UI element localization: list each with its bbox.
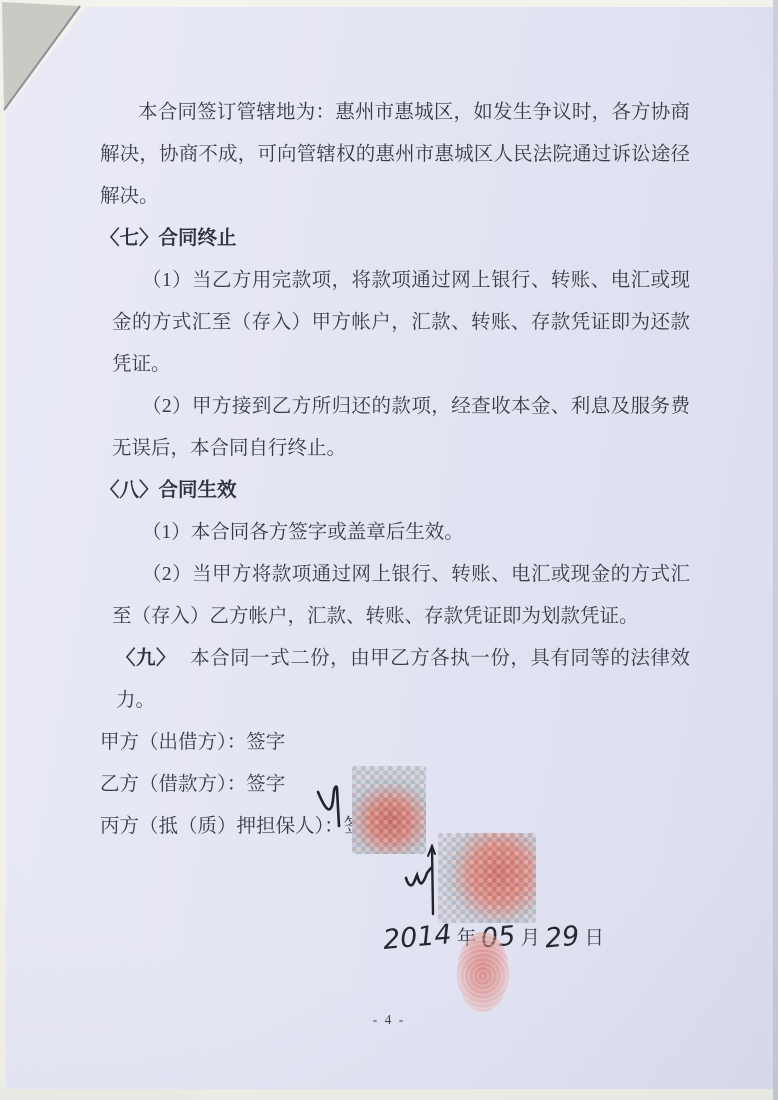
folded-corner <box>0 0 92 120</box>
year-unit-label: 年 <box>457 922 477 953</box>
section-8-heading: 〈八〉合同生效 <box>100 470 690 512</box>
contract-body: 本合同签订管辖地为：惠州市惠城区，如发生争议时，各方协商解决，协商不成，可向管辖… <box>100 92 690 848</box>
party-a-signature-line: 甲方（出借方）：签字 <box>100 722 690 764</box>
clause-9: 〈九〉本合同一式二份，由甲乙方各执一份，具有同等的法律效力。 <box>116 638 690 722</box>
scan-edge-right <box>773 0 778 1100</box>
party-c-signature-line: 丙方（抵（质）押担保人）：签字 <box>100 806 690 848</box>
section-7-heading: 〈七〉合同终止 <box>100 218 690 260</box>
handwritten-year: 2014 <box>382 920 453 956</box>
scan-edge-top <box>0 0 778 7</box>
scan-edge-bottom <box>0 1089 778 1100</box>
page-number: - 4 - <box>0 1012 778 1028</box>
party-b-signature-line: 乙方（借款方）：签字 <box>100 764 690 806</box>
section-8-item-1: （1）本合同各方签字或盖章后生效。 <box>112 512 690 554</box>
section-8-item-2: （2）当甲方将款项通过网上银行、转账、电汇或现金的方式汇至（存入）乙方帐户，汇款… <box>112 554 690 638</box>
scanned-contract-page: 本合同签订管辖地为：惠州市惠城区，如发生争议时，各方协商解决，协商不成，可向管辖… <box>0 0 778 1100</box>
section-7-item-2: （2）甲方接到乙方所归还的款项，经查收本金、利息及服务费无误后，本合同自行终止。 <box>112 386 690 470</box>
scan-edge-left <box>0 0 6 1100</box>
handwritten-month: 05 <box>480 922 517 955</box>
paragraph-jurisdiction: 本合同签订管辖地为：惠州市惠城区，如发生争议时，各方协商解决，协商不成，可向管辖… <box>100 92 690 218</box>
clause-9-label: 〈九〉 <box>116 648 176 669</box>
party-c-signature-scribble <box>404 842 444 925</box>
day-unit-label: 日 <box>584 922 604 953</box>
month-unit-label: 月 <box>521 922 541 953</box>
clause-9-text: 本合同一式二份，由甲乙方各执一份，具有同等的法律效力。 <box>116 648 690 711</box>
contract-date-line: 2014 年 05 月 29 日 <box>383 922 604 953</box>
section-7-item-1: （1）当乙方用完款项，将款项通过网上银行、转账、电汇或现金的方式汇至（存入）甲方… <box>112 260 690 386</box>
handwritten-day: 29 <box>544 922 581 955</box>
